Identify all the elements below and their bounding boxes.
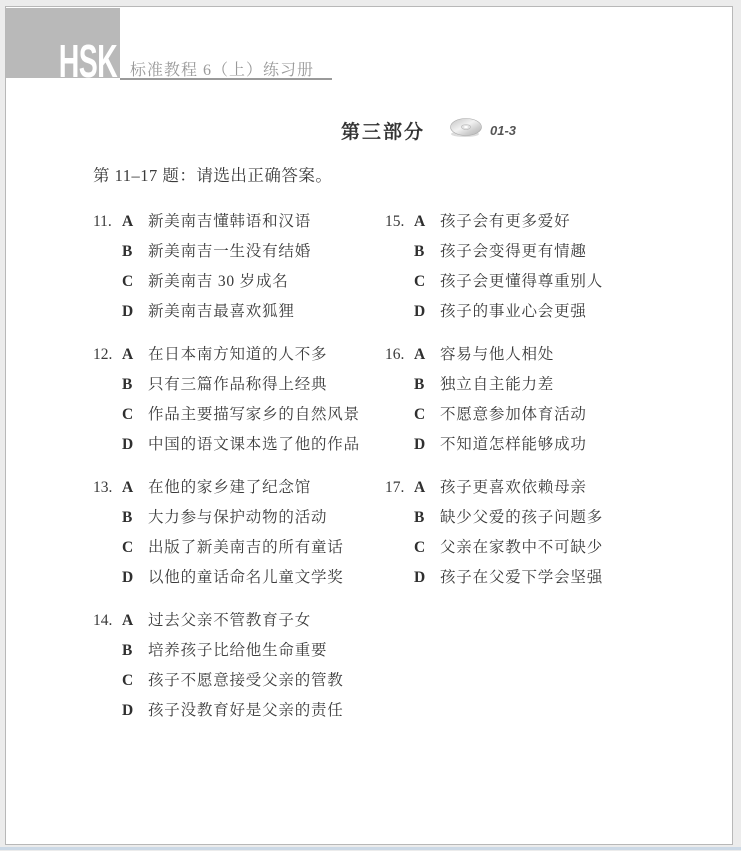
option-row: C 不愿意参加体育活动	[414, 400, 587, 430]
option-letter: B	[414, 503, 430, 533]
option-text: 孩子的事业心会更强	[440, 297, 587, 327]
option-letter: D	[414, 563, 430, 593]
option-row: A 孩子更喜欢依赖母亲	[414, 473, 603, 503]
option-row: D 新美南吉最喜欢狐狸	[122, 297, 311, 327]
option-text: 新美南吉一生没有结婚	[148, 237, 311, 267]
option-text: 孩子在父爱下学会坚强	[440, 563, 603, 593]
option-text: 新美南吉最喜欢狐狸	[148, 297, 295, 327]
option-letter: B	[122, 370, 138, 400]
option-text: 独立自主能力差	[440, 370, 554, 400]
section-title: 第三部分	[341, 117, 425, 144]
option-row: D 中国的语文课本选了他的作品	[122, 430, 360, 460]
option-text: 孩子更喜欢依赖母亲	[440, 473, 587, 503]
option-text: 父亲在家教中不可缺少	[440, 533, 603, 563]
option-row: C 出版了新美南吉的所有童话	[122, 533, 344, 563]
option-letter: A	[414, 473, 430, 503]
option-letter: C	[122, 666, 138, 696]
option-row: B 大力参与保护动物的活动	[122, 503, 344, 533]
option-letter: A	[122, 606, 138, 636]
option-letter: A	[122, 340, 138, 370]
question-number: 14.	[93, 606, 122, 726]
option-text: 大力参与保护动物的活动	[148, 503, 327, 533]
header-rule	[120, 78, 332, 80]
option-row: B 缺少父爱的孩子问题多	[414, 503, 603, 533]
option-letter: D	[122, 297, 138, 327]
option-row: C 孩子会更懂得尊重别人	[414, 267, 603, 297]
option-text: 孩子会更懂得尊重别人	[440, 267, 603, 297]
question-number: 17.	[385, 473, 414, 593]
question-block: 12. A 在日本南方知道的人不多 B 只有三篇作品称得上经典 C 作品主要描写…	[93, 340, 360, 460]
option-row: A 过去父亲不管教育子女	[122, 606, 344, 636]
option-text: 孩子没教育好是父亲的责任	[148, 696, 344, 726]
option-row: A 在他的家乡建了纪念馆	[122, 473, 344, 503]
option-row: D 孩子在父爱下学会坚强	[414, 563, 603, 593]
cd-icon	[449, 117, 485, 144]
option-text: 不知道怎样能够成功	[440, 430, 587, 460]
question-options: A 容易与他人相处 B 独立自主能力差 C 不愿意参加体育活动 D 不知道怎样能…	[414, 340, 587, 460]
option-letter: C	[122, 533, 138, 563]
question-number: 11.	[93, 207, 122, 327]
option-text: 孩子会有更多爱好	[440, 207, 570, 237]
option-row: B 培养孩子比给他生命重要	[122, 636, 344, 666]
book-title: 标准教程 6（上）练习册	[130, 57, 314, 80]
option-text: 以他的童话命名儿童文学奖	[148, 563, 344, 593]
option-letter: B	[122, 503, 138, 533]
option-letter: A	[122, 473, 138, 503]
hsk-logo-box: HSK	[6, 8, 120, 78]
option-text: 孩子会变得更有情趣	[440, 237, 587, 267]
question-options: A 在日本南方知道的人不多 B 只有三篇作品称得上经典 C 作品主要描写家乡的自…	[122, 340, 360, 460]
workbook-page: HSK 标准教程 6（上）练习册 第三部分	[5, 6, 733, 845]
option-row: A 在日本南方知道的人不多	[122, 340, 360, 370]
option-letter: D	[122, 430, 138, 460]
question-number: 13.	[93, 473, 122, 593]
option-row: C 孩子不愿意接受父亲的管教	[122, 666, 344, 696]
option-letter: C	[122, 267, 138, 297]
hsk-logo: HSK	[59, 38, 117, 84]
option-text: 孩子不愿意接受父亲的管教	[148, 666, 344, 696]
option-text: 培养孩子比给他生命重要	[148, 636, 327, 666]
question-block: 14. A 过去父亲不管教育子女 B 培养孩子比给他生命重要 C 孩子不愿意接受…	[93, 606, 360, 726]
option-row: B 孩子会变得更有情趣	[414, 237, 603, 267]
option-letter: C	[414, 267, 430, 297]
option-letter: B	[414, 370, 430, 400]
question-block: 13. A 在他的家乡建了纪念馆 B 大力参与保护动物的活动 C 出版了新美南吉…	[93, 473, 360, 593]
question-block: 17. A 孩子更喜欢依赖母亲 B 缺少父爱的孩子问题多 C 父亲在家教中不可缺…	[385, 473, 603, 593]
option-row: B 新美南吉一生没有结婚	[122, 237, 311, 267]
option-letter: D	[414, 297, 430, 327]
question-number: 15.	[385, 207, 414, 327]
option-letter: D	[414, 430, 430, 460]
option-text: 在他的家乡建了纪念馆	[148, 473, 311, 503]
option-letter: D	[122, 563, 138, 593]
option-text: 只有三篇作品称得上经典	[148, 370, 327, 400]
question-number: 12.	[93, 340, 122, 460]
option-text: 不愿意参加体育活动	[440, 400, 587, 430]
question-block: 16. A 容易与他人相处 B 独立自主能力差 C 不愿意参加体育活动 D 不知…	[385, 340, 603, 460]
question-block: 11. A 新美南吉懂韩语和汉语 B 新美南吉一生没有结婚 C 新美南吉 30 …	[93, 207, 360, 327]
option-row: C 作品主要描写家乡的自然风景	[122, 400, 360, 430]
option-row: C 新美南吉 30 岁成名	[122, 267, 311, 297]
option-letter: B	[122, 636, 138, 666]
option-letter: B	[414, 237, 430, 267]
question-options: A 孩子会有更多爱好 B 孩子会变得更有情趣 C 孩子会更懂得尊重别人 D 孩子…	[414, 207, 603, 327]
option-row: D 不知道怎样能够成功	[414, 430, 587, 460]
option-text: 中国的语文课本选了他的作品	[148, 430, 360, 460]
option-letter: C	[414, 533, 430, 563]
option-letter: B	[122, 237, 138, 267]
audio-track-number: 01-3	[490, 123, 516, 138]
option-letter: A	[414, 340, 430, 370]
question-options: A 新美南吉懂韩语和汉语 B 新美南吉一生没有结婚 C 新美南吉 30 岁成名 …	[122, 207, 311, 327]
question-options: A 过去父亲不管教育子女 B 培养孩子比给他生命重要 C 孩子不愿意接受父亲的管…	[122, 606, 344, 726]
question-block: 15. A 孩子会有更多爱好 B 孩子会变得更有情趣 C 孩子会更懂得尊重别人 …	[385, 207, 603, 327]
option-row: B 只有三篇作品称得上经典	[122, 370, 360, 400]
option-letter: D	[122, 696, 138, 726]
option-row: D 孩子没教育好是父亲的责任	[122, 696, 344, 726]
question-options: A 孩子更喜欢依赖母亲 B 缺少父爱的孩子问题多 C 父亲在家教中不可缺少 D …	[414, 473, 603, 593]
viewer-bottom-edge	[0, 847, 741, 850]
option-letter: A	[122, 207, 138, 237]
audio-indicator: 01-3	[449, 117, 516, 144]
option-text: 过去父亲不管教育子女	[148, 606, 311, 636]
option-row: B 独立自主能力差	[414, 370, 587, 400]
option-text: 新美南吉懂韩语和汉语	[148, 207, 311, 237]
section-title-row: 第三部分	[341, 117, 516, 144]
question-number: 16.	[385, 340, 414, 460]
option-text: 新美南吉 30 岁成名	[148, 267, 289, 297]
option-row: A 孩子会有更多爱好	[414, 207, 603, 237]
option-row: A 新美南吉懂韩语和汉语	[122, 207, 311, 237]
section-instructions: 第 11–17 题：请选出正确答案。	[93, 162, 332, 186]
option-text: 作品主要描写家乡的自然风景	[148, 400, 360, 430]
option-row: D 孩子的事业心会更强	[414, 297, 603, 327]
option-text: 出版了新美南吉的所有童话	[148, 533, 344, 563]
option-text: 缺少父爱的孩子问题多	[440, 503, 603, 533]
questions-column-left: 11. A 新美南吉懂韩语和汉语 B 新美南吉一生没有结婚 C 新美南吉 30 …	[93, 207, 360, 739]
option-letter: C	[122, 400, 138, 430]
option-letter: A	[414, 207, 430, 237]
questions-column-right: 15. A 孩子会有更多爱好 B 孩子会变得更有情趣 C 孩子会更懂得尊重别人 …	[385, 207, 603, 606]
option-row: D 以他的童话命名儿童文学奖	[122, 563, 344, 593]
question-options: A 在他的家乡建了纪念馆 B 大力参与保护动物的活动 C 出版了新美南吉的所有童…	[122, 473, 344, 593]
option-letter: C	[414, 400, 430, 430]
option-text: 容易与他人相处	[440, 340, 554, 370]
option-row: A 容易与他人相处	[414, 340, 587, 370]
option-text: 在日本南方知道的人不多	[148, 340, 327, 370]
option-row: C 父亲在家教中不可缺少	[414, 533, 603, 563]
